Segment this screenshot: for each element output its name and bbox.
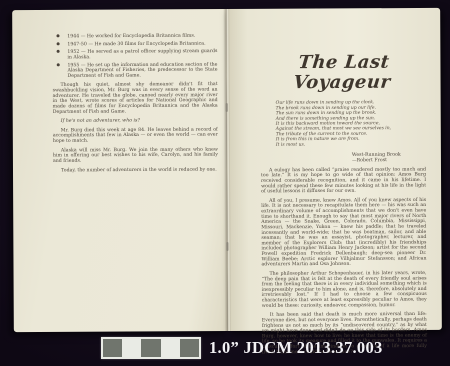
paragraph: Mr. Burg died this week at age 84. He le…	[53, 127, 218, 144]
bullet-list: ● 1944 — He worked for Encyclopedia Brit…	[52, 33, 217, 79]
bullet-icon: ●	[56, 62, 60, 67]
bullet-item: ● 1955 — He set up the information and e…	[52, 62, 217, 79]
bullet-item: ● 1944 — He worked for Encyclopedia Brit…	[52, 33, 217, 39]
paragraph: The philosopher Arthur Schopenhauer, in …	[262, 270, 427, 308]
scale-bar-segment	[103, 339, 122, 357]
page-title: The Last Voyageur	[259, 52, 428, 92]
poem-line: It is most us.	[276, 141, 426, 147]
staple-icon	[226, 103, 228, 112]
paragraph: Alaska will miss Mr. Burg. We join the m…	[53, 147, 218, 164]
scale-bar-segment	[161, 339, 180, 357]
bullet-icon: ●	[56, 41, 60, 46]
bullet-item: ● 1947-50 — He made 30 films for Encyclo…	[52, 41, 217, 47]
left-page: ● 1944 — He worked for Encyclopedia Brit…	[12, 9, 228, 332]
attribution-author: —Robert Frost	[352, 157, 426, 163]
bullet-icon: ●	[56, 33, 60, 38]
paragraph: All of you, I presume, knew Amos. All of…	[261, 197, 426, 267]
scale-bar-segment	[122, 339, 141, 357]
catalog-number-label: 1.0” JDCM 2013.37.003	[209, 337, 383, 359]
paragraph: Though his quiet, almost shy demeanor di…	[53, 82, 218, 115]
right-page-text: The Last Voyageur Our life runs down in …	[260, 52, 427, 355]
photo-background: { "colors": { "background": "#0e0814", "…	[0, 0, 450, 366]
scale-bar-segment	[141, 339, 160, 357]
left-page-text: ● 1944 — He worked for Encyclopedia Brit…	[52, 33, 218, 173]
open-booklet: ● 1944 — He worked for Encyclopedia Brit…	[12, 8, 442, 332]
staple-icon	[226, 242, 228, 251]
bullet-text: 1955 — He set up the information and edu…	[67, 61, 217, 78]
poem: Our life runs down in sending up the clo…	[261, 100, 426, 148]
bullet-item: ● 1952 — He served as a patrol officer s…	[52, 49, 217, 60]
poem-attribution: West-Running Brook —Robert Frost	[352, 152, 426, 164]
right-page: The Last Voyageur Our life runs down in …	[226, 8, 442, 331]
bullet-icon: ●	[56, 49, 60, 54]
photo-scale-bar	[101, 337, 201, 359]
museum-photo: ● 1944 — He worked for Encyclopedia Brit…	[0, 0, 450, 366]
paragraph: A eulogy has been called “praise rendere…	[261, 167, 426, 194]
paragraph: Today, the number of adventurers in the …	[53, 167, 218, 173]
scale-bar-segment	[180, 339, 199, 357]
bullet-text: 1947-50 — He made 30 films for Encyclope…	[67, 40, 205, 46]
bullet-text: 1952 — He served as a patrol officer sup…	[67, 48, 217, 60]
paragraph: If he's not an adventurer, who is?	[53, 118, 218, 124]
bullet-text: 1944 — He worked for Encyclopedia Britan…	[67, 33, 195, 39]
